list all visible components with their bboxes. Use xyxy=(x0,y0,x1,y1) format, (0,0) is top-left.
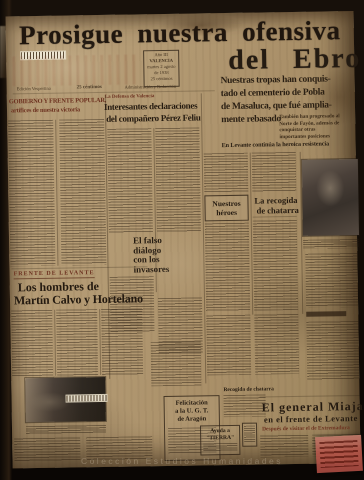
small-notice-box xyxy=(242,423,257,447)
body-text-block xyxy=(107,128,153,233)
body-text-block xyxy=(224,394,266,417)
headline-del-ebro: del Ebro xyxy=(228,43,361,77)
body-text-block xyxy=(244,426,255,443)
library-stamp xyxy=(315,435,363,473)
body-text-block xyxy=(253,220,298,311)
body-text-block xyxy=(59,119,106,266)
body-text-block xyxy=(11,310,53,377)
newspaper-page: Prosigue nuestra ofensiva Año III VALENC… xyxy=(6,11,361,468)
lead-deck-line: de Masaluca, que fué amplia- xyxy=(221,99,341,114)
tierra-box: Ayuda a "TIERRA" xyxy=(200,425,240,456)
body-text-block xyxy=(155,127,201,232)
section-rule xyxy=(260,395,360,398)
gobierno-heading-line1: GOBIERNO Y FRENTE POPULAR, xyxy=(9,97,106,106)
body-text-block xyxy=(204,153,249,194)
gobierno-heading-line2: artífices de nuestra victoria xyxy=(11,106,80,114)
body-text-block xyxy=(252,152,297,193)
heroes-title: Nuestros héroes xyxy=(205,199,247,218)
edition-left: Edición Vespertina xyxy=(17,86,51,93)
miaja-subhead: Después de visitar el de Extremadura xyxy=(262,425,350,432)
feliu-heading-line1: Interesantes declaraciones xyxy=(104,100,197,111)
edition-right: Administración y Redacción xyxy=(125,84,177,91)
portrait-photo xyxy=(302,159,359,236)
levante-heading-line2: Martín Calvo y Hortelano xyxy=(14,291,143,308)
digitization-watermark: Colección Estudios Humanidades xyxy=(0,456,364,466)
feliu-kicker: La Defensa de Valencia xyxy=(105,94,155,100)
edition-center: 25 céntimos xyxy=(77,84,102,90)
recogida-small-heading: Recogida de chatarra xyxy=(223,386,273,393)
section-rule xyxy=(11,266,147,269)
chatarra-heading-line2: de chatarra xyxy=(257,205,299,216)
dateline-box: Año III VALENCIA martes 2 agosto de 1938… xyxy=(143,50,180,88)
lead-side-note: También han progresado al Norte de Fayón… xyxy=(279,113,341,140)
body-text-block xyxy=(101,308,143,375)
dialogo-heading: El falso diálogo con los invasores xyxy=(133,236,182,275)
body-text-block xyxy=(305,253,358,308)
faded-masthead xyxy=(12,54,138,86)
tierra-title: Ayuda a "TIERRA" xyxy=(201,428,239,442)
body-text-block xyxy=(306,321,359,380)
body-text-block xyxy=(254,314,299,375)
levante-kicker: FRENTE DE LEVANTE xyxy=(14,270,95,279)
body-text-block xyxy=(260,435,308,458)
body-text-block xyxy=(151,341,202,386)
scanned-newspaper-screenshot: { "colors": { "paper": "#b29a72", "ink":… xyxy=(0,0,364,480)
felicitacion-line: de Aragón xyxy=(165,415,219,424)
body-text-block xyxy=(203,443,237,452)
barcode-sticker-artifact xyxy=(65,394,107,403)
body-text-block xyxy=(205,223,250,312)
section-rule xyxy=(253,216,297,218)
bold-subhead-bar xyxy=(306,311,346,317)
body-text-block xyxy=(56,309,98,376)
column-rule xyxy=(55,120,58,266)
body-text-block xyxy=(8,120,55,267)
feliu-heading-line2: del compañero Pérez Feliu xyxy=(106,112,201,123)
chatarra-heading-line1: La recogida xyxy=(254,195,297,206)
photo-caption xyxy=(26,425,106,434)
photo-caption xyxy=(303,239,359,249)
lead-subhead: En Levante continúa la heroica resistenc… xyxy=(222,140,330,149)
heroes-box: Nuestros héroes xyxy=(204,195,248,222)
miaja-heading-line2: en el frente de Levante xyxy=(264,413,358,424)
body-text-block xyxy=(206,315,251,376)
dateline-price: 25 céntimos xyxy=(144,76,178,83)
